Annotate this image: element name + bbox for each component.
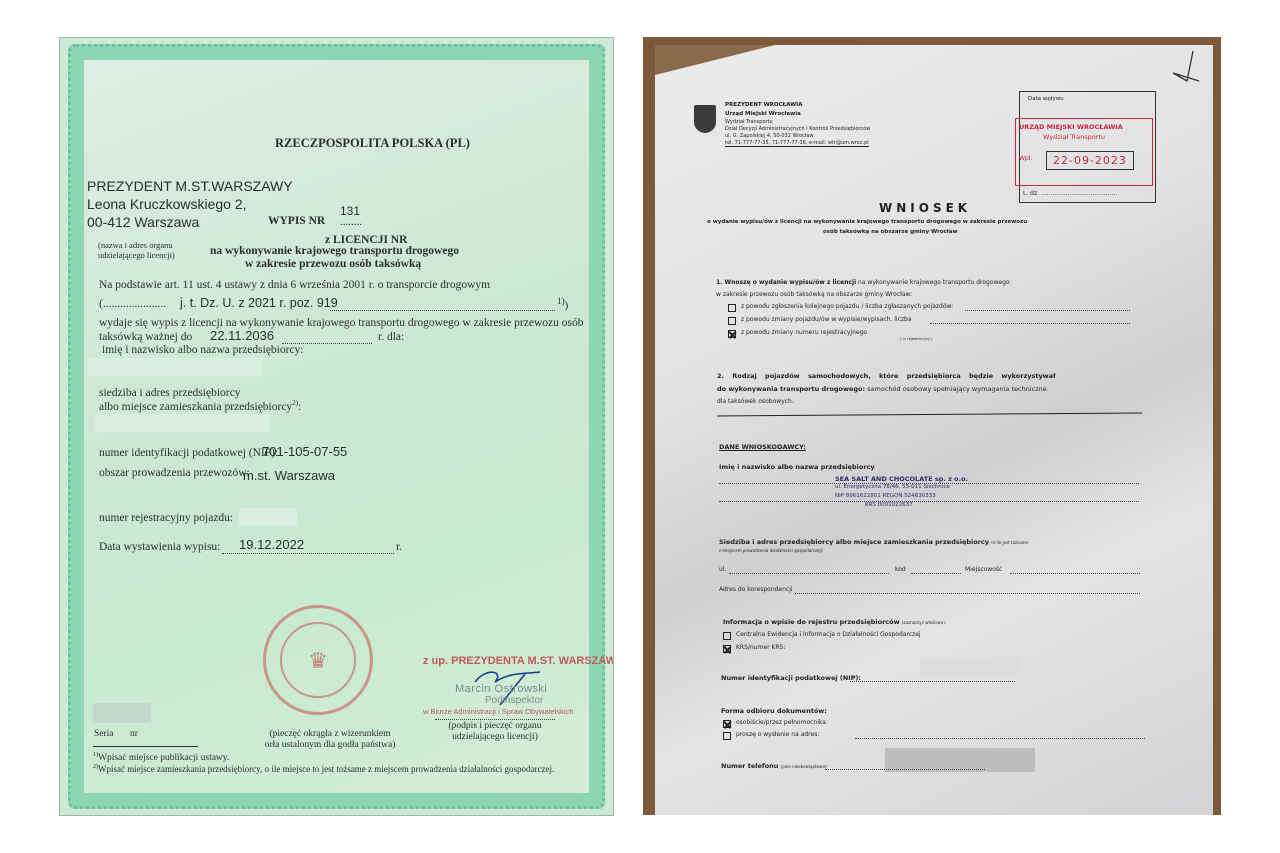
company-ids: NIP 8961622801 REGON 524630333 <box>835 493 936 499</box>
delivery-personal-label: osobiście/przez pełnomocnika <box>736 719 826 726</box>
krs-checkbox[interactable] <box>723 645 731 653</box>
section2-line1: 2. Rodzaj pojazdów samochodowych, które … <box>717 372 1055 380</box>
form-subtitle-1: o wydanie wypisu/ów z licencji na wykony… <box>707 219 1027 225</box>
applicant-header: DANE WNIOSKODAWCY: <box>719 443 806 451</box>
ceidg-label: Centralna Ewidencja i Informacja o Dział… <box>736 631 921 638</box>
title-line-1: na wykonywanie krajowego transportu drog… <box>210 245 459 257</box>
section1-line1: 1. Wnoszę o wydanie wypisu/ów z licencji… <box>716 279 1010 286</box>
signature-dots <box>435 719 555 720</box>
option-registration-change-label: z powodu zmiany numeru rejestracyjnego <box>741 329 867 336</box>
section2-line3: dla taksówek osobowych. <box>717 398 794 405</box>
option-vehicle-change-checkbox[interactable] <box>728 317 736 325</box>
signatory-office: w Biurze Administracji i Spraw Obywatels… <box>423 707 573 716</box>
option-additional-vehicle-label: z powodu zgłoszenia kolejnego pojazdu / … <box>741 303 953 310</box>
stamp-received-label: Wpł. <box>1019 155 1032 162</box>
redacted-series-box <box>93 703 151 723</box>
name-line-2 <box>719 501 1139 502</box>
issue-date-value: 19.12.2022 <box>239 537 304 552</box>
street-dots <box>729 573 889 574</box>
wroclaw-coat-of-arms-icon <box>694 105 716 133</box>
form-title: WNIOSEK <box>879 201 971 215</box>
letterhead-line-2: Urząd Miejski Wrocławia <box>725 111 801 117</box>
seat-note: z miejscem prowadzenia działalności gosp… <box>719 548 824 553</box>
option2-dots <box>930 323 1130 324</box>
valid-until-value: 22.11.2036 <box>210 328 274 343</box>
area-label: obszar prowadzenia przewozów: <box>99 467 250 479</box>
entrepreneur-name-label: imię i nazwisko albo nazwa przedsiębiorc… <box>102 344 304 356</box>
publication-dots <box>330 310 555 311</box>
received-stamp: URZĄD MIEJSKI WROCŁAWIA Wydział Transpor… <box>1015 118 1153 186</box>
option-registration-change-checkbox[interactable] <box>728 330 736 338</box>
signatory-name: Marcin Ostrowski <box>455 683 547 695</box>
area-value: m.st. Warszawa <box>243 468 335 483</box>
krs-label: KRS/numer KRS: <box>736 644 785 651</box>
eagle-emblem-icon: ♛ <box>266 648 370 674</box>
address-label-1: siedziba i adres przedsiębiorcy <box>99 387 240 399</box>
title-line-2: w zakresie przewozu osób taksówką <box>245 258 421 270</box>
registration-label: numer rejestracyjny pojazdu: <box>99 512 233 524</box>
receipt-date-label: Data wpływu <box>1028 96 1064 102</box>
city-label: Miejscowość <box>965 566 1002 573</box>
extract-label: WYPIS NR <box>268 215 325 227</box>
postcode-label: kod <box>895 566 906 573</box>
option-vehicle-change-label: z powodu zmiany pojazdu/ów w wypisie/wyp… <box>741 316 912 323</box>
footnote-ref-1: 1)) <box>557 296 568 312</box>
phone-label: Numer telefonu (pole nieobowiązkowe): <box>721 762 828 770</box>
valid-until-suffix: r. dla: <box>378 331 404 343</box>
letterhead-line-4: Dział Decyzji Administracyjnych i Kontro… <box>725 126 870 132</box>
registration-caption: ( nr rejestracyjny ) <box>900 337 932 341</box>
stamp-office: URZĄD MIEJSKI WROCŁAWIA <box>1019 123 1123 131</box>
form-subtitle-2: osób taksówką na obszarze gminy Wrocław <box>823 229 958 235</box>
initials-mark <box>1165 47 1205 87</box>
issue-date-dots <box>222 553 394 554</box>
issuer-caption: (nazwa i adres organuudzielającego licen… <box>98 240 175 260</box>
section2-line2: do wykonywania transportu drogowego: sam… <box>717 385 1047 393</box>
footnote-1: 1)Wpisać miejsce publikacji ustawy. <box>93 752 229 763</box>
delivery-label: Forma odbioru dokumentów: <box>721 707 827 715</box>
taxi-license-extract-document: RZECZPOSPOLITA POLSKA (PL) PREZYDENT M.S… <box>60 38 613 815</box>
letterhead-line-1: PREZYDENT WROCŁAWIA <box>725 102 803 108</box>
seal-caption: (pieczęć okrągła z wizerunkiemorła ustal… <box>260 729 400 751</box>
nip-value: 701-105-07-55 <box>262 444 347 459</box>
city-dots <box>1010 573 1140 574</box>
legal-basis: Na podstawie art. 11 ust. 4 ustawy z dni… <box>99 279 490 291</box>
issue-text: wydaje się wypis z licencji na wykonywan… <box>99 317 583 329</box>
section1-line2: w zakresie przewozu osób taksówką na obs… <box>716 291 912 298</box>
phone-dots <box>825 769 985 770</box>
correspondence-label: Adres do korespondencji <box>719 586 793 593</box>
company-name: SEA SALT AND CHOCOLATE sp. z o.o. <box>835 475 968 483</box>
official-round-seal: ♛ <box>263 605 373 715</box>
letterhead-line-5: ul. G. Zapolskiej 4, 50-032 Wrocław <box>725 133 814 139</box>
delivery-address-dots <box>855 738 1145 739</box>
stamp-received-date: 22-09-2023 <box>1046 151 1134 170</box>
nip-label: numer identyfikacji podatkowej (NIP): <box>99 447 278 459</box>
number-label: nr <box>130 729 138 739</box>
delivery-mail-label: proszę o wysłanie na adres: <box>736 731 819 738</box>
valid-until-label: taksówką ważnej do <box>99 331 192 343</box>
signatory-position: Podinspektor <box>485 695 543 706</box>
redacted-address <box>95 414 270 432</box>
paper-sheet: PREZYDENT WROCŁAWIA Urząd Miejski Wrocła… <box>655 45 1213 815</box>
address-label-2: albo miejsce zamieszkania przedsiębiorcy… <box>99 399 301 413</box>
ref-label: L. dz. .................................… <box>1023 190 1117 197</box>
issuer-city: 00-412 Warszawa <box>87 214 199 230</box>
series-label: Seria <box>94 729 114 739</box>
folded-corner <box>655 45 775 75</box>
license-extract-application-document: PREZYDENT WROCŁAWIA Urząd Miejski Wrocła… <box>643 37 1221 815</box>
issuer-street: Leona Kruczkowskiego 2, <box>87 196 247 212</box>
extract-number-dots: ........ <box>340 216 362 228</box>
entrepreneur-name-label: Imię i nazwisko albo nazwa przedsiębiorc… <box>719 463 875 471</box>
nip-label: Numer identyfikacji podatkowej (NIP): <box>721 674 861 682</box>
stamp-department: Wydział Transportu <box>1043 133 1105 141</box>
footnote-2: 2)Wpisać miejsce zamieszkania przedsiębi… <box>93 764 554 774</box>
issue-date-suffix: r. <box>396 541 402 553</box>
registry-label: Informacja o wpisie do rejestru przedsię… <box>723 618 946 626</box>
redacted-registration <box>239 508 297 526</box>
nip-dots <box>850 681 1015 682</box>
section-divider <box>717 413 1142 417</box>
ceidg-checkbox[interactable] <box>723 632 731 640</box>
option-additional-vehicle-checkbox[interactable] <box>728 304 736 312</box>
redacted-nip <box>920 657 1020 675</box>
seat-label: Siedziba i adres przedsiębiorcy albo mie… <box>719 538 1028 546</box>
letterhead-line-6: tel. 71-777-77-35, 71-777-77-36, e-mail:… <box>725 140 869 147</box>
publication-value: j. t. Dz. U. z 2021 r. poz. 919 <box>180 296 338 310</box>
issue-date-label: Data wystawienia wypisu: <box>99 541 220 553</box>
issuer-name: PREZYDENT M.ST.WARSZAWY <box>87 178 293 194</box>
company-address: ul. Energetyczna 78/46, 55-011 Siechnice <box>835 484 950 490</box>
option1-dots <box>965 310 1130 311</box>
postcode-dots <box>911 573 961 574</box>
publication-open: (...................... <box>99 298 166 310</box>
redacted-entrepreneur-name <box>88 358 263 376</box>
footnote-rule <box>93 746 198 747</box>
delivery-personal-checkbox[interactable] <box>723 720 731 728</box>
delivery-mail-checkbox[interactable] <box>723 732 731 740</box>
signature-caption: (podpis i pieczęć organuudzielającego li… <box>440 721 550 743</box>
correspondence-dots <box>795 593 1140 594</box>
letterhead-line-3: Wydział Transportu <box>725 119 773 125</box>
country-header: RZECZPOSPOLITA POLSKA (PL) <box>275 136 470 151</box>
company-krs: KRS 0001022637 <box>865 502 913 508</box>
street-label: ul. <box>719 566 726 573</box>
